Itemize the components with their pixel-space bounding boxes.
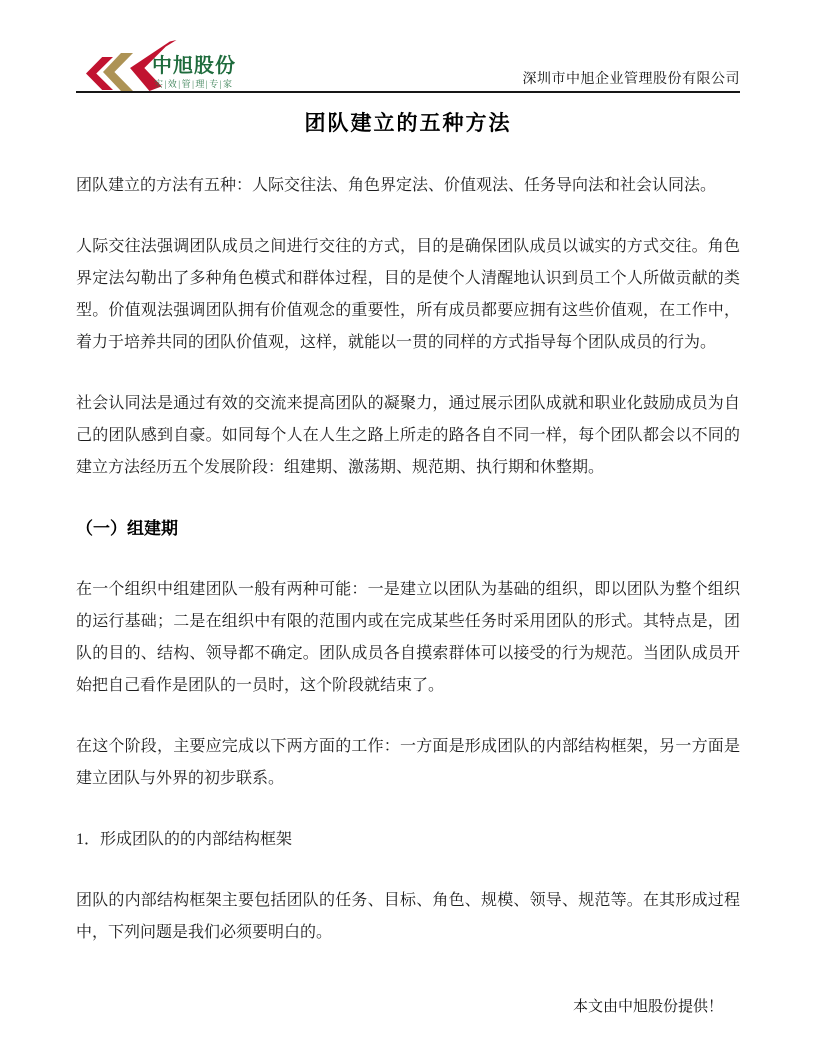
footer-note: 本文由中旭股份提供！ — [573, 997, 723, 1017]
document-content: 团队建立的五种方法 团队建立的方法有五种：人际交往法、角色界定法、价值观法、任务… — [76, 95, 740, 978]
paragraph: 团队的内部结构框架主要包括团队的任务、目标、角色、规模、领导、规范等。在其形成过… — [76, 885, 740, 949]
company-logo: 中旭股份 实|效|管|理|专|家 — [86, 40, 256, 91]
paragraph: 人际交往法强调团队成员之间进行交往的方式，目的是确保团队成员以诚实的方式交往。角… — [76, 231, 740, 359]
header-company-name: 深圳市中旭企业管理股份有限公司 — [523, 68, 741, 88]
logo-company-name: 中旭股份 — [152, 56, 236, 77]
paragraph: 团队建立的方法有五种：人际交往法、角色界定法、价值观法、任务导向法和社会认同法。 — [76, 170, 740, 202]
paragraph: 在这个阶段，主要应完成以下两方面的工作：一方面是形成团队的内部结构框架，另一方面… — [76, 731, 740, 795]
document-title: 团队建立的五种方法 — [76, 109, 740, 139]
section-heading: （一）组建期 — [76, 513, 740, 545]
page-header: 中旭股份 实|效|管|理|专|家 深圳市中旭企业管理股份有限公司 — [76, 0, 740, 93]
numbered-item: 1．形成团队的的内部结构框架 — [76, 824, 740, 856]
document-body: 团队建立的方法有五种：人际交往法、角色界定法、价值观法、任务导向法和社会认同法。… — [76, 170, 740, 949]
paragraph: 在一个组织中组建团队一般有两种可能：一是建立以团队为基础的组织，即以团队为整个组… — [76, 574, 740, 702]
logo-tagline: 实|效|管|理|专|家 — [154, 79, 234, 89]
document-page: 中旭股份 实|效|管|理|专|家 深圳市中旭企业管理股份有限公司 团队建立的五种… — [0, 0, 816, 1056]
paragraph: 社会认同法是通过有效的交流来提高团队的凝聚力，通过展示团队成就和职业化鼓励成员为… — [76, 388, 740, 484]
